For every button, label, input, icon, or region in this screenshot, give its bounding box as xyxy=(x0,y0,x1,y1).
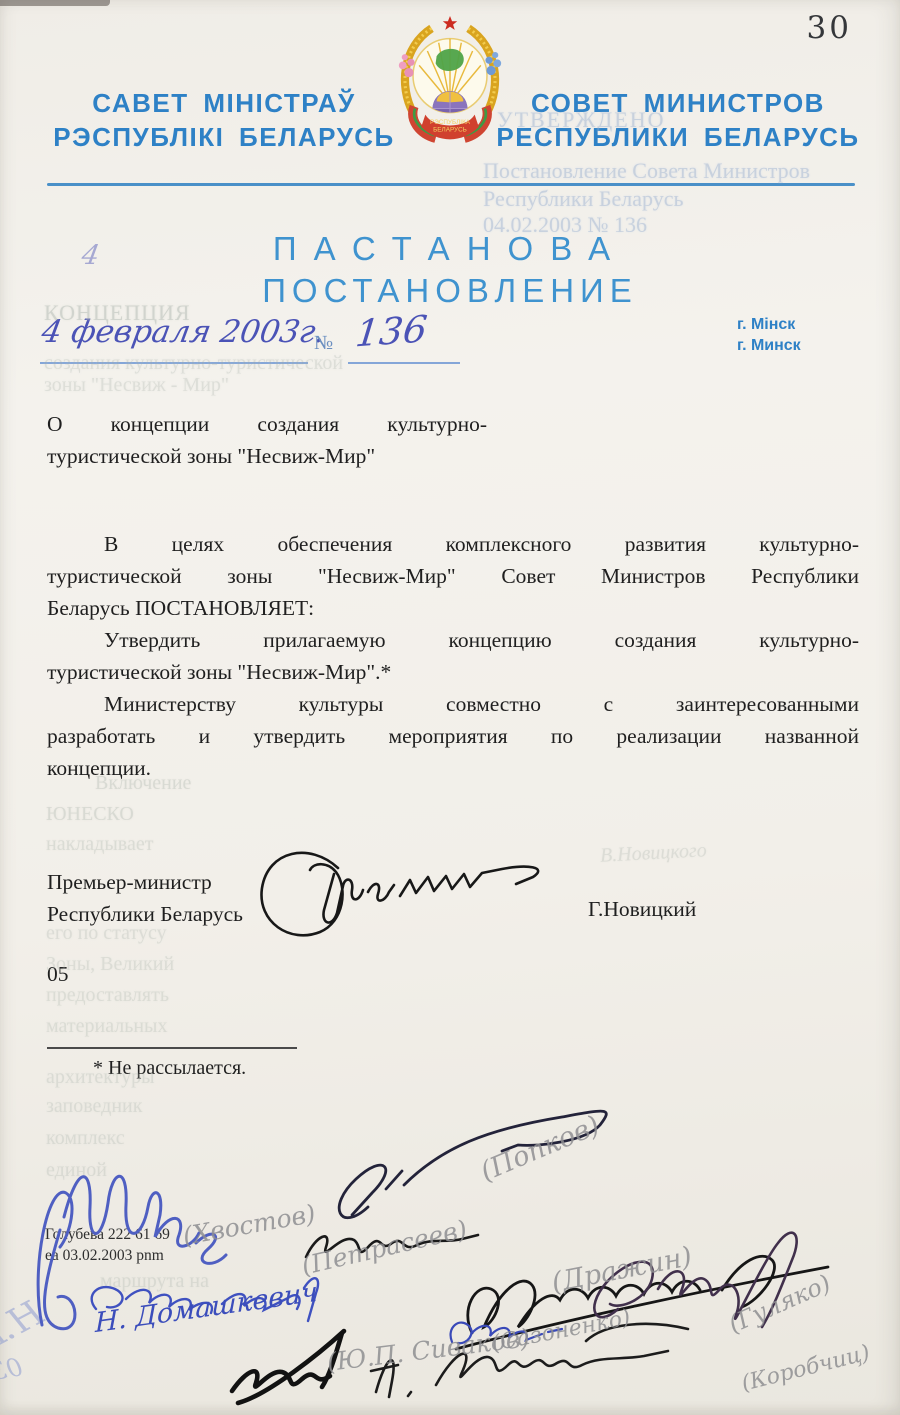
ghost-text: Республики Беларусь xyxy=(483,186,684,212)
ghost-text: его по статусу xyxy=(46,922,167,945)
header-left-line2: РЭСПУБЛІКІ БЕЛАРУСЬ xyxy=(28,120,420,154)
paragraph-line: Министерству культуры совместно с заинте… xyxy=(47,688,859,720)
place-minsk-ru: г. Минск xyxy=(737,335,801,356)
ghost-text: 04.02.2003 № 136 xyxy=(483,212,647,238)
emblem-star xyxy=(443,16,457,30)
signatory-title-line1: Премьер-министр xyxy=(47,866,243,898)
paragraph-line: разработать и утвердить мероприятия по р… xyxy=(47,720,859,752)
place-minsk-by: г. Мінск xyxy=(737,314,801,335)
ghost-text: предоставлять xyxy=(46,984,169,1007)
title-belarusian: ПАСТАНОВА xyxy=(155,230,745,268)
ghost-text: УТВЕРЖДЕНО xyxy=(497,107,666,133)
paragraph-line: Утвердить прилагаемую концепцию создания… xyxy=(47,624,859,656)
subject-line1: О концепции создания культурно- xyxy=(47,408,487,440)
ghost-text: архитектуры xyxy=(46,1066,155,1089)
footnote-rule xyxy=(47,1047,297,1049)
signatory-title: Премьер-министр Республики Беларусь xyxy=(47,866,243,930)
paragraph-line: В целях обеспечения комплексного развити… xyxy=(47,528,859,560)
ghost-text: КОНЦЕПЦИЯ xyxy=(44,300,191,326)
title-russian: ПОСТАНОВЛЕНИЕ xyxy=(155,272,745,310)
ghost-signature: В.Новицкого xyxy=(599,839,707,868)
ghost-text: создания культурно-туристической xyxy=(44,352,343,375)
subject-line2: туристической зоны "Несвиж-Мир" xyxy=(47,440,487,472)
header-left-line1: САВЕТ МІНІСТРАЎ xyxy=(28,86,420,120)
subject: О концепции создания культурно- туристич… xyxy=(47,408,487,472)
ghost-text: Включение xyxy=(95,772,191,795)
number-underline xyxy=(348,362,460,364)
emblem-ribbon-text-1: РЭСПУБЛІКА xyxy=(430,119,471,126)
ghost-text: Постановление Совета Министров xyxy=(483,158,810,184)
body-text: В целях обеспечения комплексного развити… xyxy=(47,528,859,784)
paragraph-line: туристической зоны "Несвиж-Мир".* xyxy=(47,656,859,688)
premier-signature xyxy=(250,840,600,955)
page-number: 30 xyxy=(807,10,852,46)
ghost-text: Зоны, Великий xyxy=(46,953,174,976)
paragraph-line: Беларусь ПОСТАНОВЛЯЕТ: xyxy=(47,592,859,624)
faint-handwritten-mark: 4 xyxy=(79,240,102,271)
document-title: ПАСТАНОВА ПОСТАНОВЛЕНИЕ xyxy=(155,230,745,310)
header-belarusian: САВЕТ МІНІСТРАЎ РЭСПУБЛІКІ БЕЛАРУСЬ xyxy=(28,86,420,154)
ghost-text: материальных xyxy=(46,1015,168,1038)
signatory-name: Г.Новицкий xyxy=(588,893,696,925)
paragraph-line: туристической зоны "Несвиж-Мир" Совет Ми… xyxy=(47,560,859,592)
scan-edge-artifact xyxy=(0,0,110,6)
ghost-text: ЮНЕСКО xyxy=(46,803,134,826)
place-block: г. Мінск г. Минск xyxy=(737,314,801,356)
handwritten-number: 136 xyxy=(353,308,429,356)
emblem-ribbon-text-2: БЕЛАРУСЬ xyxy=(433,127,467,134)
scanned-decree-page: 30 xyxy=(0,0,900,1415)
ghost-text: зоны "Несвиж - Мир" xyxy=(44,374,229,397)
ghost-text: накладывает xyxy=(46,833,153,856)
